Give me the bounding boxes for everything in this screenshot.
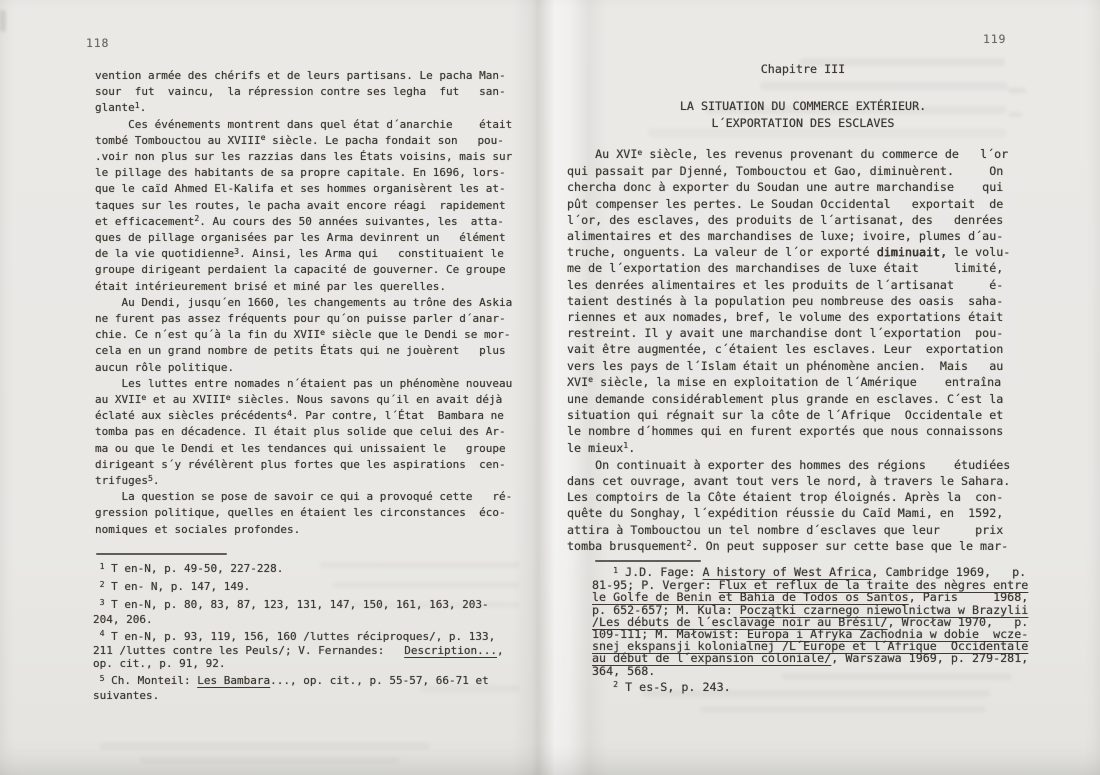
footnote: 5 Ch. Monteil: Les Bambara..., op. cit.,… — [93, 674, 529, 701]
text-line: me de l´exportation des marchandises de … — [567, 260, 1015, 276]
superscript-reference: 3 — [100, 597, 105, 607]
text-line: au XVIIe et au XVIIIe siècles. Nous savo… — [95, 392, 525, 408]
superscript-reference: 4 — [287, 408, 292, 418]
superscript-reference: e — [320, 327, 325, 337]
superscript-reference: e — [637, 147, 642, 157]
superscript-reference: e — [226, 392, 231, 402]
text-line: glante1. — [95, 100, 525, 116]
text-line: vait être augmentée, c´étaient les escla… — [567, 341, 1015, 357]
footnote: 4 T en-N, p. 93, 119, 156, 160 /luttes r… — [93, 630, 529, 671]
left-page-body: vention armée des chérifs et de leurs pa… — [95, 68, 525, 538]
footnote: 1 T en-N, p. 49-50, 227-228. — [93, 562, 529, 576]
footnote-separator-left — [96, 553, 227, 555]
text-line: 2 T es-S, p. 243. — [592, 681, 1044, 694]
superscript-reference: e — [588, 374, 593, 384]
text-line: ma ou que le Dendi et les tendances qui … — [95, 441, 525, 457]
text-line: cela en un grand nombre de petits États … — [95, 343, 525, 359]
section-title-line1: LA SITUATION DU COMMERCE EXTÉRIEUR. — [572, 99, 1034, 113]
text-line: 4 T en-N, p. 93, 119, 156, 160 /luttes r… — [93, 630, 529, 644]
text-line: dans cet ouvrage, avant tout vers le nor… — [567, 473, 1015, 489]
superscript-reference: e — [261, 132, 266, 142]
bleed-through-smudge — [760, 82, 1008, 90]
bleed-through-smudge — [140, 757, 400, 764]
text-line: La question se pose de savoir ce qui a p… — [95, 489, 525, 505]
text-line: et efficacement2. Au cours des 50 années… — [95, 214, 525, 230]
text-line: 1 T en-N, p. 49-50, 227-228. — [93, 562, 529, 576]
underlined-title: Les Bambara — [197, 674, 270, 687]
text-line: restreint. Il y avait une marchandise do… — [567, 325, 1015, 341]
text-line: riennes et aux nomades, bref, le volume … — [567, 309, 1015, 325]
bleed-through-smudge — [100, 742, 430, 750]
text-line: 204, 206. — [93, 613, 529, 626]
bleed-through-smudge — [700, 706, 986, 713]
text-line: dirigeant s´y révélèrent plus fortes que… — [95, 457, 525, 473]
emphasized-text: diminuait, — [877, 245, 947, 259]
text-line: quête du Songhay, l´expédition réussie d… — [567, 505, 1015, 521]
text-line: une demande considérablement plus grande… — [567, 391, 1015, 407]
text-line: 2 T en- N, p. 147, 149. — [93, 580, 529, 594]
bleed-through-smudge — [1008, 88, 1026, 93]
bleed-through-smudge — [648, 129, 1006, 137]
text-line: ques de pillage organisées par les Arma … — [95, 230, 525, 246]
text-line: .voir non plus sur les razzias dans les … — [95, 149, 525, 165]
text-line: attira à Tombouctou un tel nombre d´escl… — [567, 522, 1015, 538]
text-line: taient destinés à la population peu nomb… — [567, 293, 1015, 309]
text-line: XVIe siècle, la mise en exploitation de … — [567, 374, 1015, 391]
superscript-reference: 3 — [234, 246, 239, 256]
text-line: les denrées alimentaires et les produits… — [567, 277, 1015, 293]
text-line: vention armée des chérifs et de leurs pa… — [95, 68, 525, 84]
footnote: 3 T en-N, p. 80, 83, 87, 123, 131, 147, … — [93, 598, 529, 625]
text-line: trifuges5. — [95, 473, 525, 489]
text-line: tomba pas en décadence. Il était plus so… — [95, 424, 525, 440]
underlined-title: A history of West Africa — [703, 565, 872, 579]
text-line: l´or, des esclaves, des produits de l´ar… — [567, 212, 1015, 228]
text-line: 364, 568. — [592, 665, 1044, 677]
left-page-footnotes: 1 T en-N, p. 49-50, 227-228. 2 T en- N, … — [93, 562, 529, 702]
text-line: le mieux1. — [567, 440, 1015, 457]
text-line: gression politique, quelles en étaient l… — [95, 505, 525, 521]
footnote: 1 J.D. Fage: A history of West Africa, C… — [592, 566, 1044, 677]
text-line: était intérieurement brisé et miné par l… — [95, 279, 525, 295]
text-line: sour fut vaincu, la répression contre se… — [95, 84, 525, 100]
text-line: truche, onguents. La valeur de l´or expo… — [567, 244, 1015, 260]
superscript-reference: 1 — [613, 565, 618, 575]
text-line: le pillage des habitants de sa propre ca… — [95, 165, 525, 181]
text-line: op. cit., p. 91, 92. — [93, 657, 529, 670]
text-line: 5 Ch. Monteil: Les Bambara..., op. cit.,… — [93, 674, 529, 688]
superscript-reference: 5 — [148, 473, 153, 483]
superscript-reference: 2 — [613, 679, 618, 689]
text-line: Ces événements montrent dans quel état d… — [95, 117, 525, 133]
page-number-left: 118 — [86, 36, 109, 50]
underlined-title: Description... — [404, 644, 497, 657]
superscript-reference: 5 — [100, 673, 105, 683]
right-page-footnotes: 1 J.D. Fage: A history of West Africa, C… — [592, 566, 1044, 694]
text-line: le nombre d´hommes qui en furent exporté… — [567, 423, 1015, 439]
book-scan-spread: 118 119 vention armée des chérifs et de … — [0, 0, 1100, 775]
text-line: aucun rôle politique. — [95, 360, 525, 376]
footnote: 2 T es-S, p. 243. — [592, 681, 1044, 694]
superscript-reference: 1 — [100, 561, 105, 571]
text-line: tomba brusquement2. On peut supposer sur… — [567, 538, 1015, 555]
text-line: groupe dirigeant perdaient la capacité d… — [95, 262, 525, 278]
text-line: qui passait par Djenné, Tombouctou et Ga… — [567, 163, 1015, 179]
text-line: tombé Tombouctou au XVIIIe siècle. Le pa… — [95, 133, 525, 149]
bleed-through-smudge — [0, 10, 6, 32]
footnote-separator-right — [595, 560, 701, 562]
superscript-reference: e — [141, 392, 146, 402]
text-line: au début de l´expansion coloniale/, Wars… — [592, 652, 1044, 664]
text-line: que le caïd Ahmed El-Kalifa et ses homme… — [95, 181, 525, 197]
superscript-reference: 2 — [194, 213, 199, 223]
right-page-body: Au XVIe siècle, les revenus provenant du… — [567, 146, 1015, 555]
text-line: Les comptoirs de la Côte étaient trop él… — [567, 489, 1015, 505]
text-line: 3 T en-N, p. 80, 83, 87, 123, 131, 147, … — [93, 598, 529, 612]
superscript-reference: 4 — [100, 628, 105, 638]
text-line: chercha donc à exporter du Soudan une au… — [567, 179, 1015, 195]
text-line: Au XVIe siècle, les revenus provenant du… — [567, 146, 1015, 163]
text-line: Au Dendi, jusqu´en 1660, les changements… — [95, 295, 525, 311]
text-line: ne furent pas assez fréquents pour qu´on… — [95, 311, 525, 327]
text-line: suivantes. — [93, 689, 529, 702]
text-line: pût compenser les pertes. Le Soudan Occi… — [567, 196, 1015, 212]
superscript-reference: 2 — [100, 579, 105, 589]
text-line: 211 /luttes contre les Peuls/; V. Fernan… — [93, 644, 529, 657]
chapter-heading: Chapitre III — [572, 62, 1034, 76]
section-title-line2: L´EXPORTATION DES ESCLAVES — [572, 116, 1034, 130]
text-line: On continuait à exporter des hommes des … — [567, 457, 1015, 473]
text-line: de la vie quotidienne3. Ainsi, les Arma … — [95, 246, 525, 262]
text-line: alimentaires et des marchandises de luxe… — [567, 228, 1015, 244]
text-line: chie. Ce n´est qu´à la fin du XVIIe sièc… — [95, 327, 525, 343]
page-number-right: 119 — [983, 32, 1006, 46]
text-line: situation qui régnait sur la côte de l´A… — [567, 407, 1015, 423]
superscript-reference: 1 — [623, 440, 628, 450]
text-line: taques sur les routes, le pacha avait en… — [95, 198, 525, 214]
text-line: vers les pays de l´Islam était un phénom… — [567, 358, 1015, 374]
text-line: éclaté aux siècles précédents4. Par cont… — [95, 408, 525, 424]
text-line: nomiques et sociales profondes. — [95, 522, 525, 538]
superscript-reference: 1 — [135, 100, 140, 110]
footnote: 2 T en- N, p. 147, 149. — [93, 580, 529, 594]
superscript-reference: 2 — [687, 538, 692, 548]
text-line: Les luttes entre nomades n´étaient pas u… — [95, 376, 525, 392]
